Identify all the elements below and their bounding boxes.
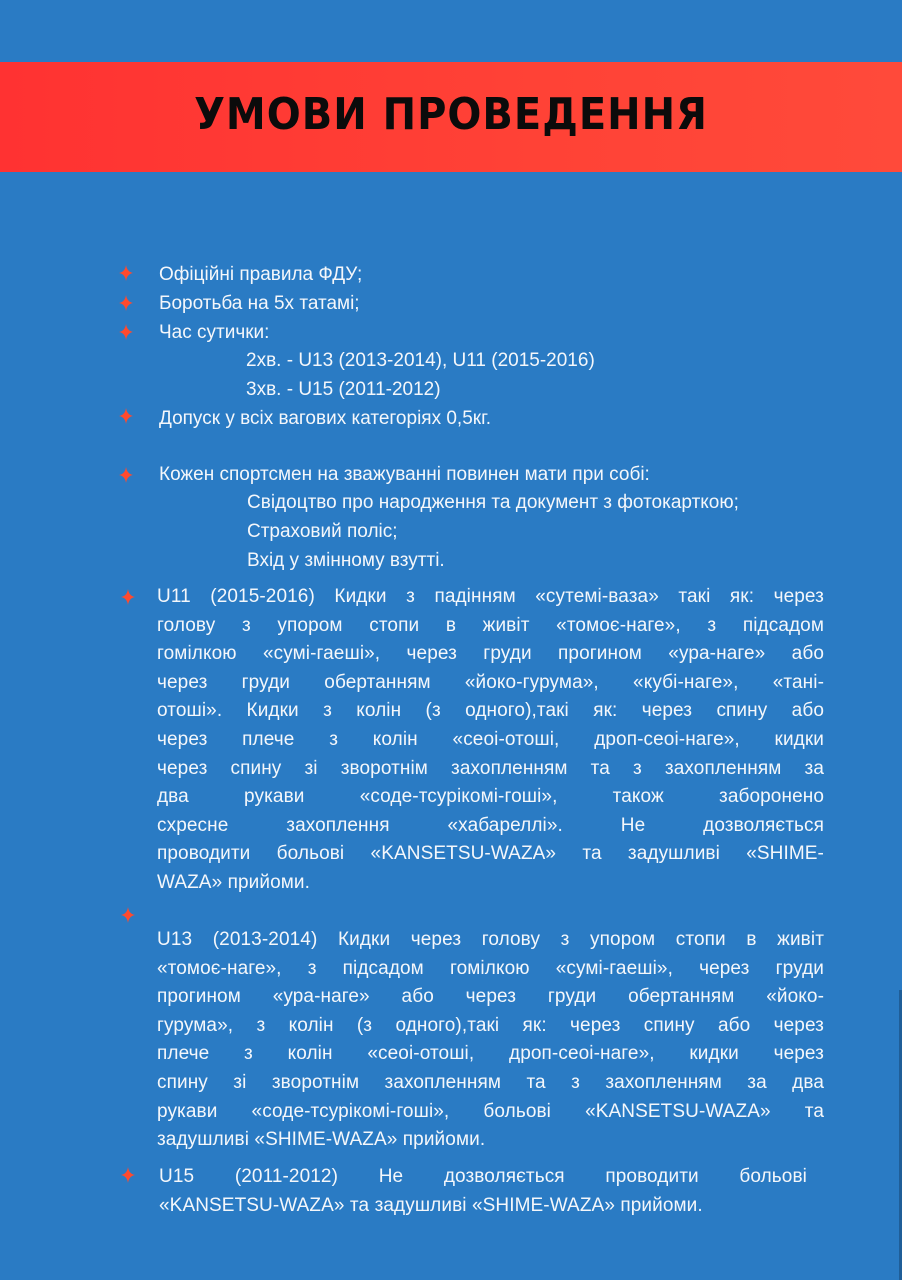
paragraph-line: U15 (2011-2012) Не дозволяється проводит…	[159, 1163, 807, 1192]
paragraph-line: гурума», з колін (з одного),такі як: чер…	[157, 1012, 824, 1041]
paragraph-line: прогином «ура-наге» або через груди обер…	[157, 983, 824, 1012]
paragraph-line: плече з колін «сеоі-отоші, дроп-сеоі-наг…	[157, 1040, 824, 1069]
bout-time-entry: 2хв. - U13 (2013-2014), U11 (2015-2016)	[246, 349, 595, 373]
bout-time-entry: 3хв. - U15 (2011-2012)	[246, 378, 441, 402]
list-item-u15-rules: U15 (2011-2012) Не дозволяється проводит…	[159, 1163, 807, 1220]
weigh-in-requirement: Вхід у змінному взутті.	[247, 549, 445, 573]
four-point-star-icon	[121, 589, 135, 605]
paragraph-line: через груди обертанням «йоко-гурума», «к…	[157, 669, 824, 698]
paragraph-line: задушливі «SHIME-WAZA» прийоми.	[157, 1126, 824, 1155]
four-point-star-icon	[119, 467, 133, 483]
four-point-star-icon	[119, 295, 133, 311]
paragraph-line: два рукави «соде-тсурікомі-гоші», також …	[157, 783, 824, 812]
weigh-in-requirement: Свідоцтво про народження та документ з ф…	[247, 491, 739, 515]
paragraph-line: U11 (2015-2016) Кидки з падінням «сутемі…	[157, 583, 824, 612]
paragraph-line: схресне захоплення «хабареллі». Не дозво…	[157, 812, 824, 841]
list-item-weight-tolerance: Допуск у всіх вагових категоріях 0,5кг.	[159, 407, 491, 431]
list-item-bout-time: Час сутички:	[159, 321, 269, 345]
title-banner: УМОВИ ПРОВЕДЕННЯ	[0, 62, 902, 172]
page-title: УМОВИ ПРОВЕДЕННЯ	[194, 90, 708, 140]
four-point-star-icon	[119, 408, 133, 424]
list-item-tatami: Боротьба на 5х татамі;	[159, 292, 360, 316]
paragraph-line: гомілкою «сумі-гаеші», через груди проги…	[157, 640, 824, 669]
paragraph-line: WAZA» прийоми.	[157, 869, 824, 898]
list-item-rules: Офіційні правила ФДУ;	[159, 263, 362, 287]
paragraph-line: рукави «соде-тсурікомі-гоші», больові «K…	[157, 1098, 824, 1127]
paragraph-line: через плече з колін «сеоі-отоші, дроп-се…	[157, 726, 824, 755]
paragraph-line: спину зі зворотнім захопленням та з захо…	[157, 1069, 824, 1098]
four-point-star-icon	[121, 907, 135, 923]
paragraph-line: проводити больові «KANSETSU-WAZA» та зад…	[157, 840, 824, 869]
four-point-star-icon	[121, 1167, 135, 1183]
list-item-u11-rules: U11 (2015-2016) Кидки з падінням «сутемі…	[157, 583, 824, 898]
paragraph-line: U13 (2013-2014) Кидки через голову з упо…	[157, 926, 824, 955]
list-item-u13-rules: U13 (2013-2014) Кидки через голову з упо…	[157, 926, 824, 1155]
paragraph-line: «KANSETSU-WAZA» та задушливі «SHIME-WAZA…	[159, 1192, 807, 1221]
four-point-star-icon	[119, 265, 133, 281]
four-point-star-icon	[119, 324, 133, 340]
paragraph-line: голову з упором стопи в живіт «томоє-наг…	[157, 612, 824, 641]
list-item-weigh-in: Кожен спортсмен на зважуванні повинен ма…	[159, 463, 650, 487]
paragraph-line: через спину зі зворотнім захопленням та …	[157, 755, 824, 784]
paragraph-line: «томоє-наге», з підсадом гомілкою «сумі-…	[157, 955, 824, 984]
paragraph-line: отоші». Кидки з колін (з одного),такі як…	[157, 697, 824, 726]
weigh-in-requirement: Страховий поліс;	[247, 520, 398, 544]
